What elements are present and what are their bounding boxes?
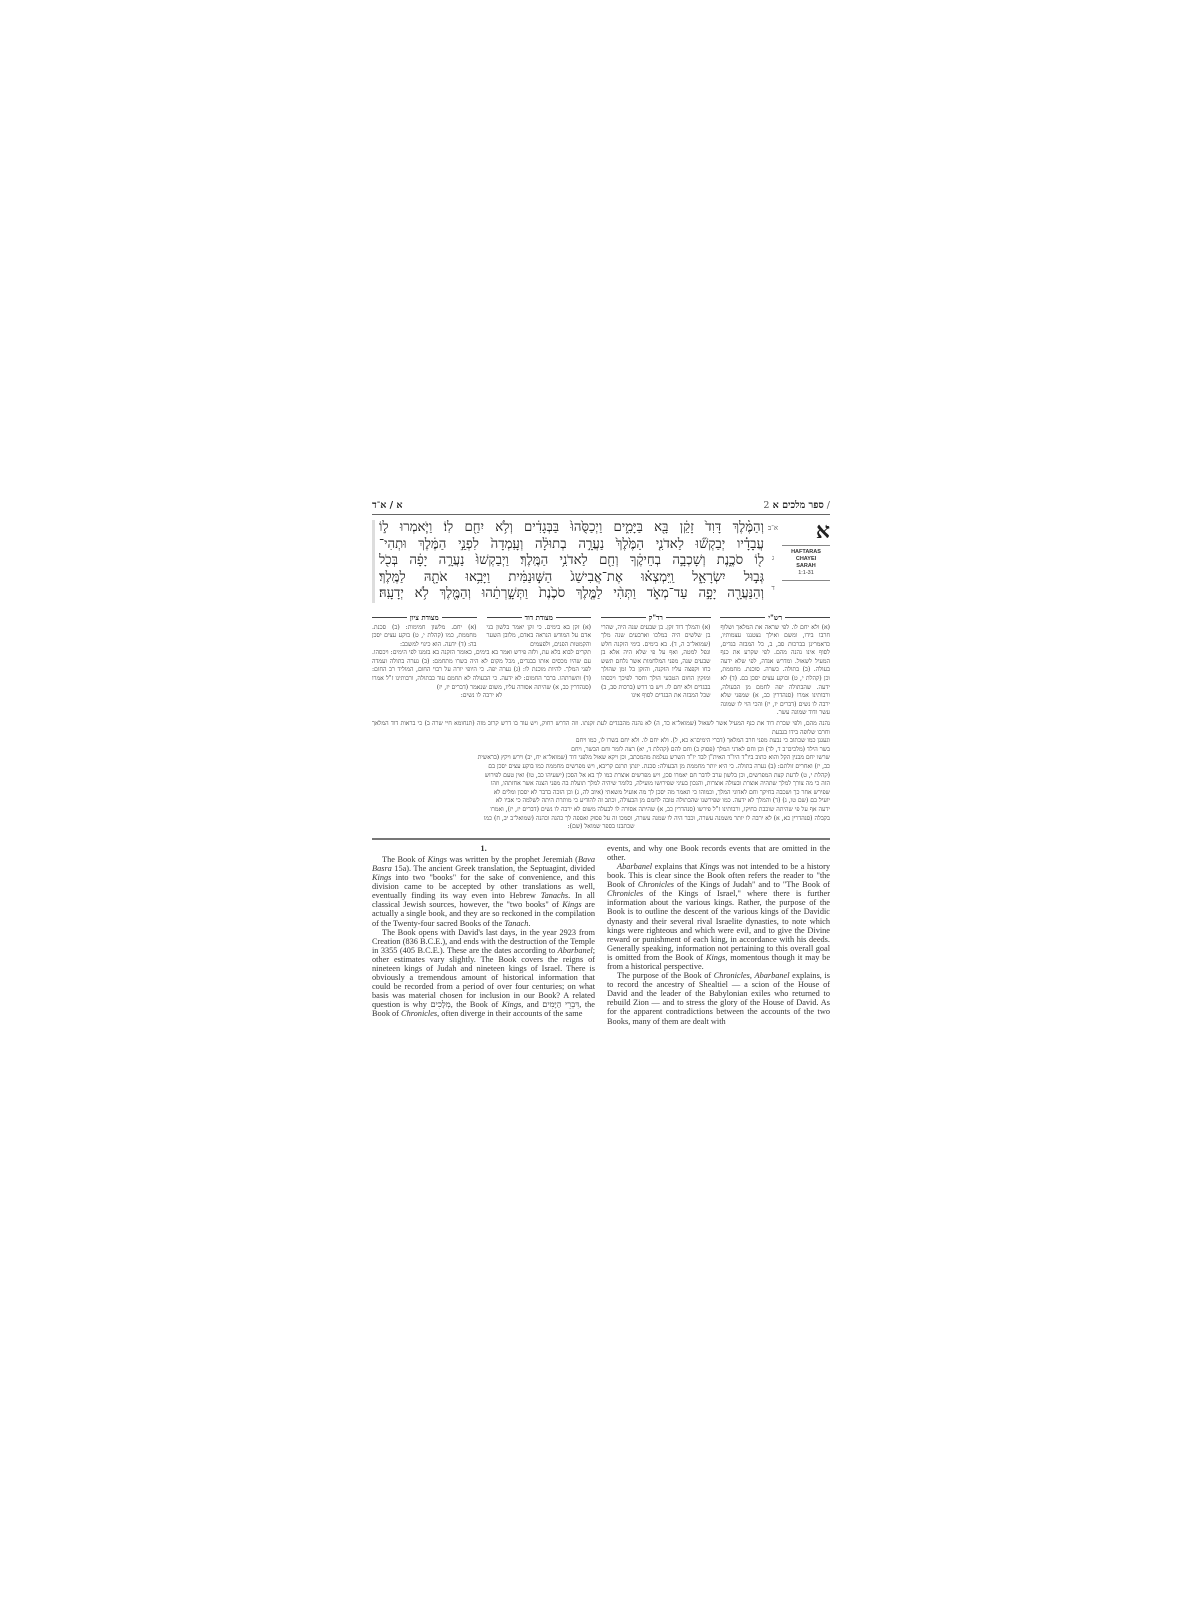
commentary-metzudos: מצודת דוד (א) זקן בא בימים. כי זקן יאמר … [372,613,591,719]
verse-line: ל֖וֹ סֹכֶ֑נֶת וְשָׁכְבָ֣ה בְחֵיקֶ֔ךָ וְח… [379,553,764,570]
commentary-heading: מצודת ציון [372,613,477,622]
commentary-line: בקבלה (סנהדרין כא, א) לא ירבה לו יותר מש… [372,815,830,824]
english-column-right: events, and why one Book records events … [607,844,830,1026]
commentary-text: (א) והמלך דוד זקן. בן שבעים שנה היה, שהר… [601,624,711,701]
commentary-line: ידעה אף על פי שהיתה שוכבת בחיקו, ורבותינ… [372,806,830,815]
commentary-rashi: רש"י (א) ולא יחם לו. לפי שראה את המלאך ו… [721,613,831,719]
verse-line: וְהַמֶּ֫לֶךְ דָּוִד֙ זָקֵ֔ן בָּ֖א בַּיָּ… [379,520,764,537]
commentary-metzudas-tzion: מצודת ציון (א) יחם. מלשון חמימות: (ב) סכ… [372,613,477,650]
book-title: ספר מלכים א [773,500,824,511]
commentary-metzudas-david: מצודת דוד (א) זקן בא בימים. כי זקן יאמר … [487,613,592,650]
chapter-marker: א HAFTARAS CHAYEI SARAH 1:1-31 [782,520,830,603]
english-paragraph: The purpose of the Book of Chronicles, A… [607,971,830,1026]
commentary-text: (א) יחם. מלשון חמימות: (ב) סכנת. מחממת, … [372,624,477,650]
divider [782,580,830,581]
haftara-label-line: CHAYEI [782,556,830,563]
english-paragraph: The Book opens with David's last days, i… [372,928,595,1019]
english-paragraph: Abarbanel explains that Kings was not in… [607,862,830,971]
verse-marker: ג [764,554,782,562]
commentary-text: (א) ולא יחם לו. לפי שראה את המלאך ושלוף … [721,624,831,719]
commentary-title: מצודת ציון [407,613,442,622]
english-column-left: 1. The Book of Kings was written by the … [372,844,595,1026]
commentary-heading: רד"ק [601,613,711,622]
commentary-line: שכתבנו בספר שמואל (שם): [372,823,830,832]
verse-marker-column: א־ב ג ד [764,520,782,603]
radak-continued: נהנה מהם, ולפי שכרת דוד את כנף המעיל אשר… [372,720,830,832]
verse-marker: א־ב [764,524,782,532]
commentary-title: רש"י [765,613,785,622]
scripture-block: א HAFTARAS CHAYEI SARAH 1:1-31 א־ב ג ד ו… [372,520,830,603]
haftara-note: HAFTARAS CHAYEI SARAH 1:1-31 [782,549,830,577]
commentary-heading: רש"י [721,613,831,622]
section-number: 1. [372,844,595,853]
commentary-line: בשר הילד (מלכים־ב ד, לד) וכן וחם לאדני ה… [372,746,830,755]
verse-line: עֲבָדָ֗יו יְבַקְשׁ֞וּ לַאדֹנִ֤י הַמֶּ֙לֶ… [379,537,764,554]
commentary-line: כב, יז) ואחרים זולתם: (ב) נערה בתולה. כי… [372,763,830,772]
english-introduction: 1. The Book of Kings was written by the … [372,844,830,1026]
commentary-line: שרשו יחם מבנין הקל והוא כתוב ביו"ד היו"ד… [372,754,830,763]
commentary-line: הזה כי מה צורך למלך שתהיה אוצרת ובעולה א… [372,780,830,789]
commentary-heading: מצודת דוד [487,613,592,622]
haftara-reference: 1:1-31 [782,570,830,577]
book-page: א / א־ד ספר מלכים א 2 / א HAFTARAS CHAYE… [372,500,830,1026]
chapter-letter: א [782,520,830,546]
running-head: א / א־ד ספר מלכים א 2 / [372,500,830,515]
haftara-label-line: SARAH [782,563,830,570]
verse-line: גְּב֣וּל יִשְׂרָאֵ֑ל וַֽיִּמְצְא֗וּ אֶת־… [379,570,764,587]
scripture-text: וְהַמֶּ֫לֶךְ דָּוִד֙ זָקֵ֔ן בָּ֖א בַּיָּ… [372,520,764,603]
commentary-text-continued: תקרים לבוא בלא עת, ולזה פירש ואמר בא בימ… [372,649,591,692]
commentary-line: יועיל בם (שם טו, ג) (ד) והמלך לא ידעה. כ… [372,797,830,806]
commentary-text: (א) זקן בא בימים. כי זקן יאמר בלשון בני … [487,624,592,650]
english-paragraph: The Book of Kings was written by the pro… [372,855,595,928]
commentary-line: שפירש אחר כך ושכבה בחיקך וחם לאדוני המלך… [372,789,830,798]
verse-marker: ד [764,584,782,592]
verse-line: וְהַנַּעֲרָ֖ה יָפָ֣ה עַד־מְאֹ֑ד וַתְּהִ֨… [379,586,764,603]
section-divider [372,838,830,840]
commentary-text-end: לא ירבה לו נשים: [372,692,591,701]
commentary-title: רד"ק [646,613,666,622]
commentary-radak: רד"ק (א) והמלך דוד זקן. בן שבעים שנה היה… [601,613,711,719]
commentary-title: מצודת דוד [522,613,556,622]
chapter-verse-range: א / א־ד [372,500,403,511]
english-paragraph: events, and why one Book records events … [607,844,830,862]
commentary-line: נהנה מהם, ולפי שכרת דוד את כנף המעיל אשר… [372,720,830,737]
commentary-line: (קהלת י, ט) לדעת קצת המפרשים, וכן בלשון … [372,772,830,781]
commentary-line: וגעגנן כמו שכתוב כי נבעת מפני חרב המלאך … [372,737,830,746]
commentary-columns: רש"י (א) ולא יחם לו. לפי שראה את המלאך ו… [372,613,830,719]
book-title-header: ספר מלכים א 2 / [763,500,830,511]
haftara-label-line: HAFTARAS [782,549,830,556]
